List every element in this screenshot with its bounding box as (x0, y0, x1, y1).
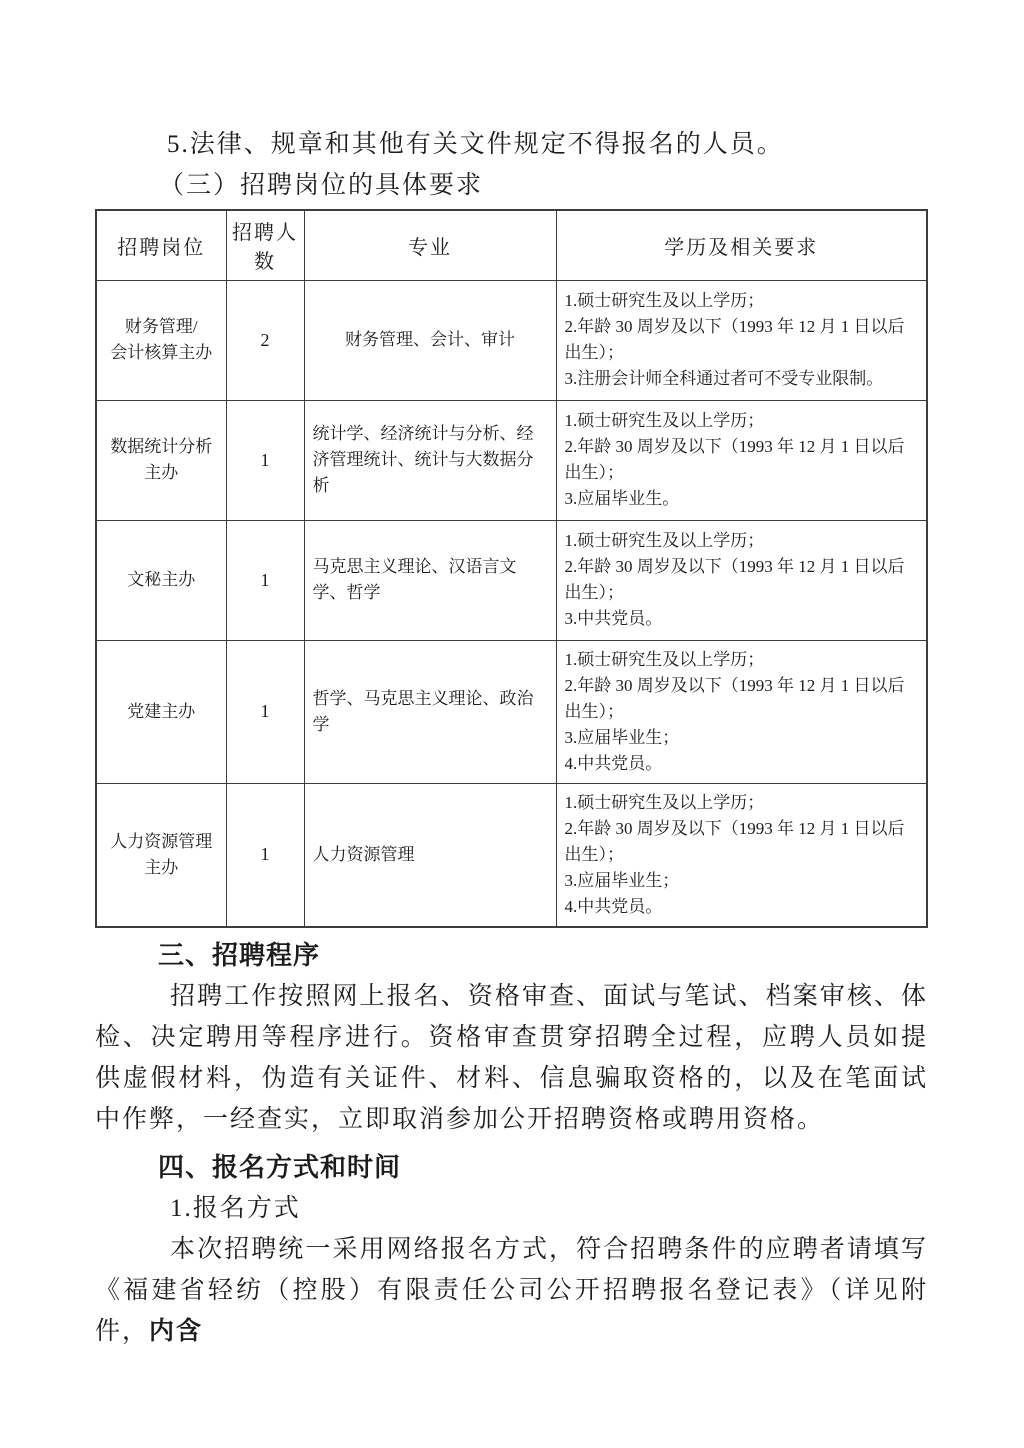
requirement-line: 3.注册会计师全科通过者可不受专业限制。 (565, 366, 919, 392)
requirement-line: 1.硕士研究生及以上学历； (565, 288, 919, 314)
table-row-finance: 财务管理/ 会计核算主办 2 财务管理、会计、审计 1.硕士研究生及以上学历；2… (96, 280, 927, 400)
position-cell: 数据统计分析 主办 (96, 400, 226, 520)
requirement-line: 2.年龄 30 周岁及以下（1993 年 12 月 1 日以后出生）； (565, 554, 919, 606)
requirement-line: 2.年龄 30 周岁及以下（1993 年 12 月 1 日以后出生）； (565, 314, 919, 366)
major-cell: 财务管理、会计、审计 (304, 280, 556, 400)
major-cell: 统计学、经济统计与分析、经济管理统计、统计与大数据分析 (304, 400, 556, 520)
section-heading-apply: 四、报名方式和时间 (158, 1147, 928, 1188)
procedure-paragraph: 招聘工作按照网上报名、资格审查、面试与笔试、档案审核、体检、决定聘用等程序进行。… (95, 976, 928, 1140)
major-cell: 哲学、马克思主义理论、政治学 (304, 640, 556, 783)
requirement-line: 3.应届毕业生； (565, 868, 919, 894)
position-cell: 党建主办 (96, 640, 226, 783)
requirements-cell: 1.硕士研究生及以上学历；2.年龄 30 周岁及以下（1993 年 12 月 1… (556, 520, 927, 640)
major-cell: 人力资源管理 (304, 783, 556, 927)
requirement-line: 3.应届毕业生； (565, 725, 919, 751)
requirements-cell: 1.硕士研究生及以上学历；2.年龄 30 周岁及以下（1993 年 12 月 1… (556, 640, 927, 783)
requirement-line: 3.应届毕业生。 (565, 486, 919, 512)
requirement-line: 4.中共党员。 (565, 894, 919, 920)
major-cell: 马克思主义理论、汉语言文学、哲学 (304, 520, 556, 640)
requirement-line: 1.硕士研究生及以上学历； (565, 408, 919, 434)
requirement-line: 4.中共党员。 (565, 751, 919, 777)
requirement-line: 2.年龄 30 周岁及以下（1993 年 12 月 1 日以后出生）； (565, 816, 919, 868)
table-caption: （三）招聘岗位的具体要求 (159, 165, 928, 206)
col-header-requirements: 学历及相关要求 (556, 210, 927, 280)
section-heading-procedure: 三、招聘程序 (158, 935, 928, 976)
document-page: 5.法律、规章和其他有关文件规定不得报名的人员。 （三）招聘岗位的具体要求 招聘… (0, 0, 1024, 1448)
col-header-major: 专业 (304, 210, 556, 280)
requirement-line: 2.年龄 30 周岁及以下（1993 年 12 月 1 日以后出生）； (565, 673, 919, 725)
count-cell: 1 (226, 520, 304, 640)
requirement-line: 1.硕士研究生及以上学历； (565, 790, 919, 816)
apply-paragraph-text: 本次招聘统一采用网络报名方式，符合招聘条件的应聘者请填写《福建省轻纺（控股）有限… (95, 1236, 928, 1345)
requirement-line: 1.硕士研究生及以上学历； (565, 647, 919, 673)
apply-paragraph: 本次招聘统一采用网络报名方式，符合招聘条件的应聘者请填写《福建省轻纺（控股）有限… (95, 1229, 928, 1352)
col-header-count: 招聘人数 (226, 210, 304, 280)
position-cell: 人力资源管理 主办 (96, 783, 226, 927)
table-row-party-building: 党建主办 1 哲学、马克思主义理论、政治学 1.硕士研究生及以上学历；2.年龄 … (96, 640, 927, 783)
table-row-hr: 人力资源管理 主办 1 人力资源管理 1.硕士研究生及以上学历；2.年龄 30 … (96, 783, 927, 927)
count-cell: 2 (226, 280, 304, 400)
table-header-row: 招聘岗位 招聘人数 专业 学历及相关要求 (96, 210, 927, 280)
requirement-line: 2.年龄 30 周岁及以下（1993 年 12 月 1 日以后出生）； (565, 434, 919, 486)
count-cell: 1 (226, 783, 304, 927)
count-cell: 1 (226, 640, 304, 783)
requirements-cell: 1.硕士研究生及以上学历；2.年龄 30 周岁及以下（1993 年 12 月 1… (556, 400, 927, 520)
requirements-cell: 1.硕士研究生及以上学历；2.年龄 30 周岁及以下（1993 年 12 月 1… (556, 280, 927, 400)
col-header-position: 招聘岗位 (96, 210, 226, 280)
apply-paragraph-bold-text: 内含 (149, 1317, 203, 1345)
count-cell: 1 (226, 400, 304, 520)
table-row-statistics: 数据统计分析 主办 1 统计学、经济统计与分析、经济管理统计、统计与大数据分析 … (96, 400, 927, 520)
requirement-line: 3.中共党员。 (565, 606, 919, 632)
recruitment-positions-table: 招聘岗位 招聘人数 专业 学历及相关要求 财务管理/ 会计核算主办 2 财务管理… (95, 209, 928, 928)
requirement-line: 1.硕士研究生及以上学历； (565, 528, 919, 554)
position-cell: 财务管理/ 会计核算主办 (96, 280, 226, 400)
table-row-secretary: 文秘主办 1 马克思主义理论、汉语言文学、哲学 1.硕士研究生及以上学历；2.年… (96, 520, 927, 640)
position-cell: 文秘主办 (96, 520, 226, 640)
intro-list-item: 5.法律、规章和其他有关文件规定不得报名的人员。 (167, 124, 928, 165)
requirements-cell: 1.硕士研究生及以上学历；2.年龄 30 周岁及以下（1993 年 12 月 1… (556, 783, 927, 927)
apply-method-label: 1.报名方式 (95, 1188, 928, 1229)
